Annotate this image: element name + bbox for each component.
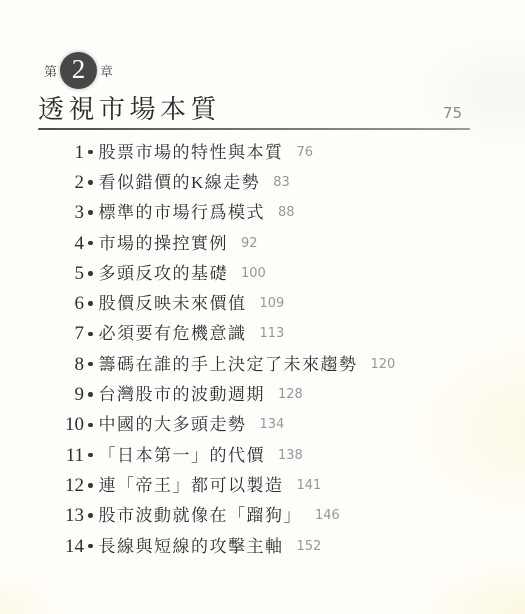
chapter-suffix: 章: [100, 61, 113, 80]
chapter-number-circle-icon: 2: [60, 52, 97, 89]
entry-title: 中國的大多頭走勢: [99, 416, 247, 433]
toc-entry: 8 籌碼在誰的手上決定了未來趨勢 120: [38, 349, 505, 379]
entry-page: 109: [260, 297, 285, 310]
entry-number: 3: [38, 203, 84, 222]
book-toc-page: 第 2 章 透視市場本質 75 1 股票市場的特性與本質 76 2 看似錯價的K…: [0, 0, 525, 614]
toc-entry: 7 必須要有危機意識 113: [38, 319, 505, 349]
entry-page: 134: [260, 418, 285, 431]
toc-entry: 9 台灣股市的波動週期 128: [38, 379, 505, 409]
bullet-icon: [88, 241, 93, 246]
entry-page: 83: [273, 176, 290, 189]
entry-number: 8: [38, 355, 84, 374]
entry-number: 12: [38, 476, 84, 495]
entry-number: 11: [38, 446, 84, 465]
entry-page: 113: [260, 327, 285, 340]
entry-page: 141: [297, 479, 322, 492]
bullet-icon: [88, 423, 93, 428]
toc-entry: 12 連「帝王」都可以製造 141: [38, 470, 505, 500]
bullet-icon: [88, 150, 93, 155]
bullet-icon: [88, 301, 93, 306]
entry-page: 92: [241, 237, 258, 250]
entry-number: 10: [38, 415, 84, 434]
toc-entry: 11 「日本第一」的代價 138: [38, 440, 505, 470]
bullet-icon: [88, 271, 93, 276]
chapter-title-row: 透視市場本質 75: [38, 94, 470, 125]
entry-number: 2: [38, 173, 84, 192]
toc-entry: 3 標準的市場行爲模式 88: [38, 198, 505, 228]
entry-page: 100: [241, 267, 266, 280]
toc-entry: 4 市場的操控實例 92: [38, 228, 505, 258]
bullet-icon: [88, 210, 93, 215]
chapter-badge: 第 2 章: [44, 52, 113, 89]
toc-entry: 10 中國的大多頭走勢 134: [38, 410, 505, 440]
bullet-icon: [88, 544, 93, 549]
entry-title: 台灣股市的波動週期: [99, 386, 266, 403]
entry-title: 股價反映未來價值: [99, 295, 247, 312]
entry-title: 長線與短線的攻擊主軸: [99, 538, 284, 555]
bullet-icon: [88, 180, 93, 185]
chapter-title: 透視市場本質: [38, 94, 221, 125]
entry-number: 13: [38, 506, 84, 525]
entry-title: 必須要有危機意識: [99, 325, 247, 342]
entry-title: 多頭反攻的基礎: [99, 265, 229, 282]
bullet-icon: [88, 453, 93, 458]
header-divider: [38, 128, 470, 130]
entry-page: 76: [297, 146, 314, 159]
entry-number: 5: [38, 264, 84, 283]
entry-number: 9: [38, 385, 84, 404]
toc-entry: 5 多頭反攻的基礎 100: [38, 258, 505, 288]
bullet-icon: [88, 362, 93, 367]
entry-number: 4: [38, 234, 84, 253]
entry-number: 6: [38, 294, 84, 313]
chapter-page-number: 75: [443, 104, 462, 125]
bullet-icon: [88, 483, 93, 488]
entry-title: 市場的操控實例: [99, 235, 229, 252]
entry-title: 看似錯價的K線走勢: [99, 174, 261, 191]
entry-title: 籌碼在誰的手上決定了未來趨勢: [99, 356, 358, 373]
entry-number: 7: [38, 324, 84, 343]
entry-title: 股票市場的特性與本質: [99, 144, 284, 161]
entry-number: 14: [38, 537, 84, 556]
chapter-number: 2: [72, 56, 86, 83]
entry-page: 88: [278, 206, 295, 219]
bullet-icon: [88, 332, 93, 337]
entry-page: 138: [278, 449, 303, 462]
entry-page: 152: [297, 540, 322, 553]
entry-title: 標準的市場行爲模式: [99, 204, 266, 221]
bullet-icon: [88, 513, 93, 518]
entry-page: 128: [278, 388, 303, 401]
entry-title: 股市波動就像在「蹓狗」: [99, 507, 303, 524]
toc-entry: 13 股市波動就像在「蹓狗」 146: [38, 501, 505, 531]
toc-list: 1 股票市場的特性與本質 76 2 看似錯價的K線走勢 83 3 標準的市場行爲…: [38, 137, 505, 561]
chapter-prefix: 第: [44, 61, 57, 80]
toc-entry: 14 長線與短線的攻擊主軸 152: [38, 531, 505, 561]
toc-entry: 2 看似錯價的K線走勢 83: [38, 167, 505, 197]
toc-entry: 1 股票市場的特性與本質 76: [38, 137, 505, 167]
entry-title: 「日本第一」的代價: [99, 447, 266, 464]
entry-page: 120: [371, 358, 396, 371]
entry-page: 146: [315, 509, 340, 522]
entry-title: 連「帝王」都可以製造: [99, 477, 284, 494]
toc-entry: 6 股價反映未來價值 109: [38, 288, 505, 318]
bullet-icon: [88, 392, 93, 397]
entry-number: 1: [38, 143, 84, 162]
